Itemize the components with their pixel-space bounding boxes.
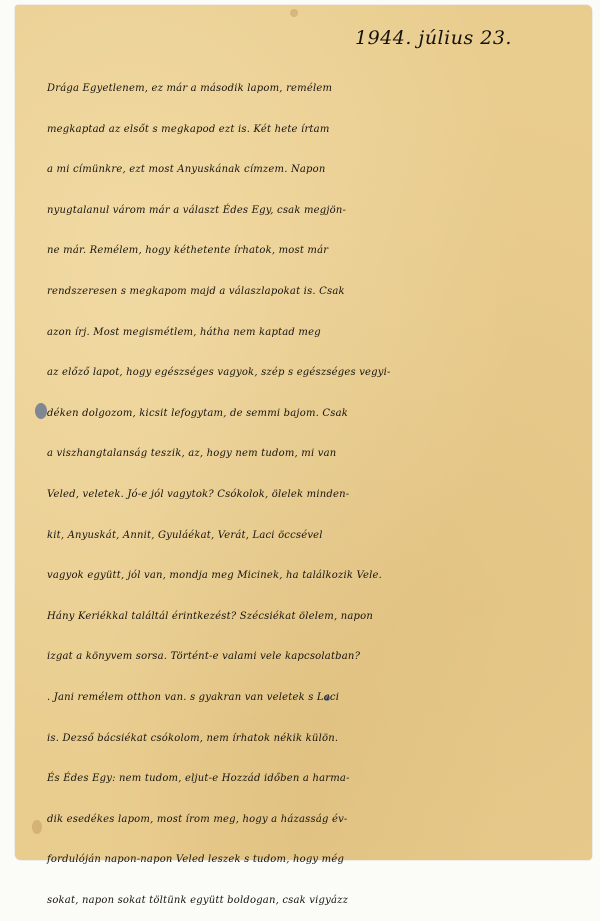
letter-line: azon írj. Most megismétlem, hátha nem ka… [47,313,592,354]
letter-line: dik esedékes lapom, most írom meg, hogy … [47,800,592,841]
postcard: 1944. július 23. Drága Egyetlenem, ez má… [15,5,592,860]
letter-line: Hány Keriékkal találtál érintkezést? Szé… [47,597,592,638]
letter-line: az előző lapot, hogy egészséges vagyok, … [47,353,592,394]
letter-line: . Jani remélem otthon van. s gyakran van… [47,678,592,719]
paper-stain [32,820,42,834]
letter-date: 1944. július 23. [355,27,512,49]
letter-line: a viszhangtalanság teszik, az, hogy nem … [47,434,592,475]
letter-line: izgat a könyvem sorsa. Történt-e valami … [47,637,592,678]
letter-line: Veled, veletek. Jó-e jól vagytok? Csókol… [47,475,592,516]
letter-line: a mi címünkre, ezt most Anyuskának címze… [47,150,592,191]
letter-line: rendszeresen s megkapom majd a válaszlap… [47,272,592,313]
letter-line: nyugtalanul várom már a választ Édes Egy… [47,191,592,232]
letter-body: Drága Egyetlenem, ez már a második lapom… [47,69,592,864]
letter-line: Drága Egyetlenem, ez már a második lapom… [47,69,592,110]
letter-line: vagyok együtt, jól van, mondja meg Micin… [47,556,592,597]
letter-line: És Édes Egy: nem tudom, eljut-e Hozzád i… [47,759,592,800]
ink-blot [35,403,47,419]
letter-line: is. Dezső bácsiékat csókolom, nem írhato… [47,719,592,760]
paper-stain [290,9,298,17]
letter-line: fordulóján napon-napon Veled leszek s tu… [47,840,592,864]
letter-line: kit, Anyuskát, Annit, Gyuláékat, Verát, … [47,516,592,557]
letter-line: megkaptad az elsőt s megkapod ezt is. Ké… [47,110,592,151]
letter-line: ne már. Remélem, hogy kéthetente írhatok… [47,231,592,272]
letter-line: déken dolgozom, kicsit lefogytam, de sem… [47,394,592,435]
